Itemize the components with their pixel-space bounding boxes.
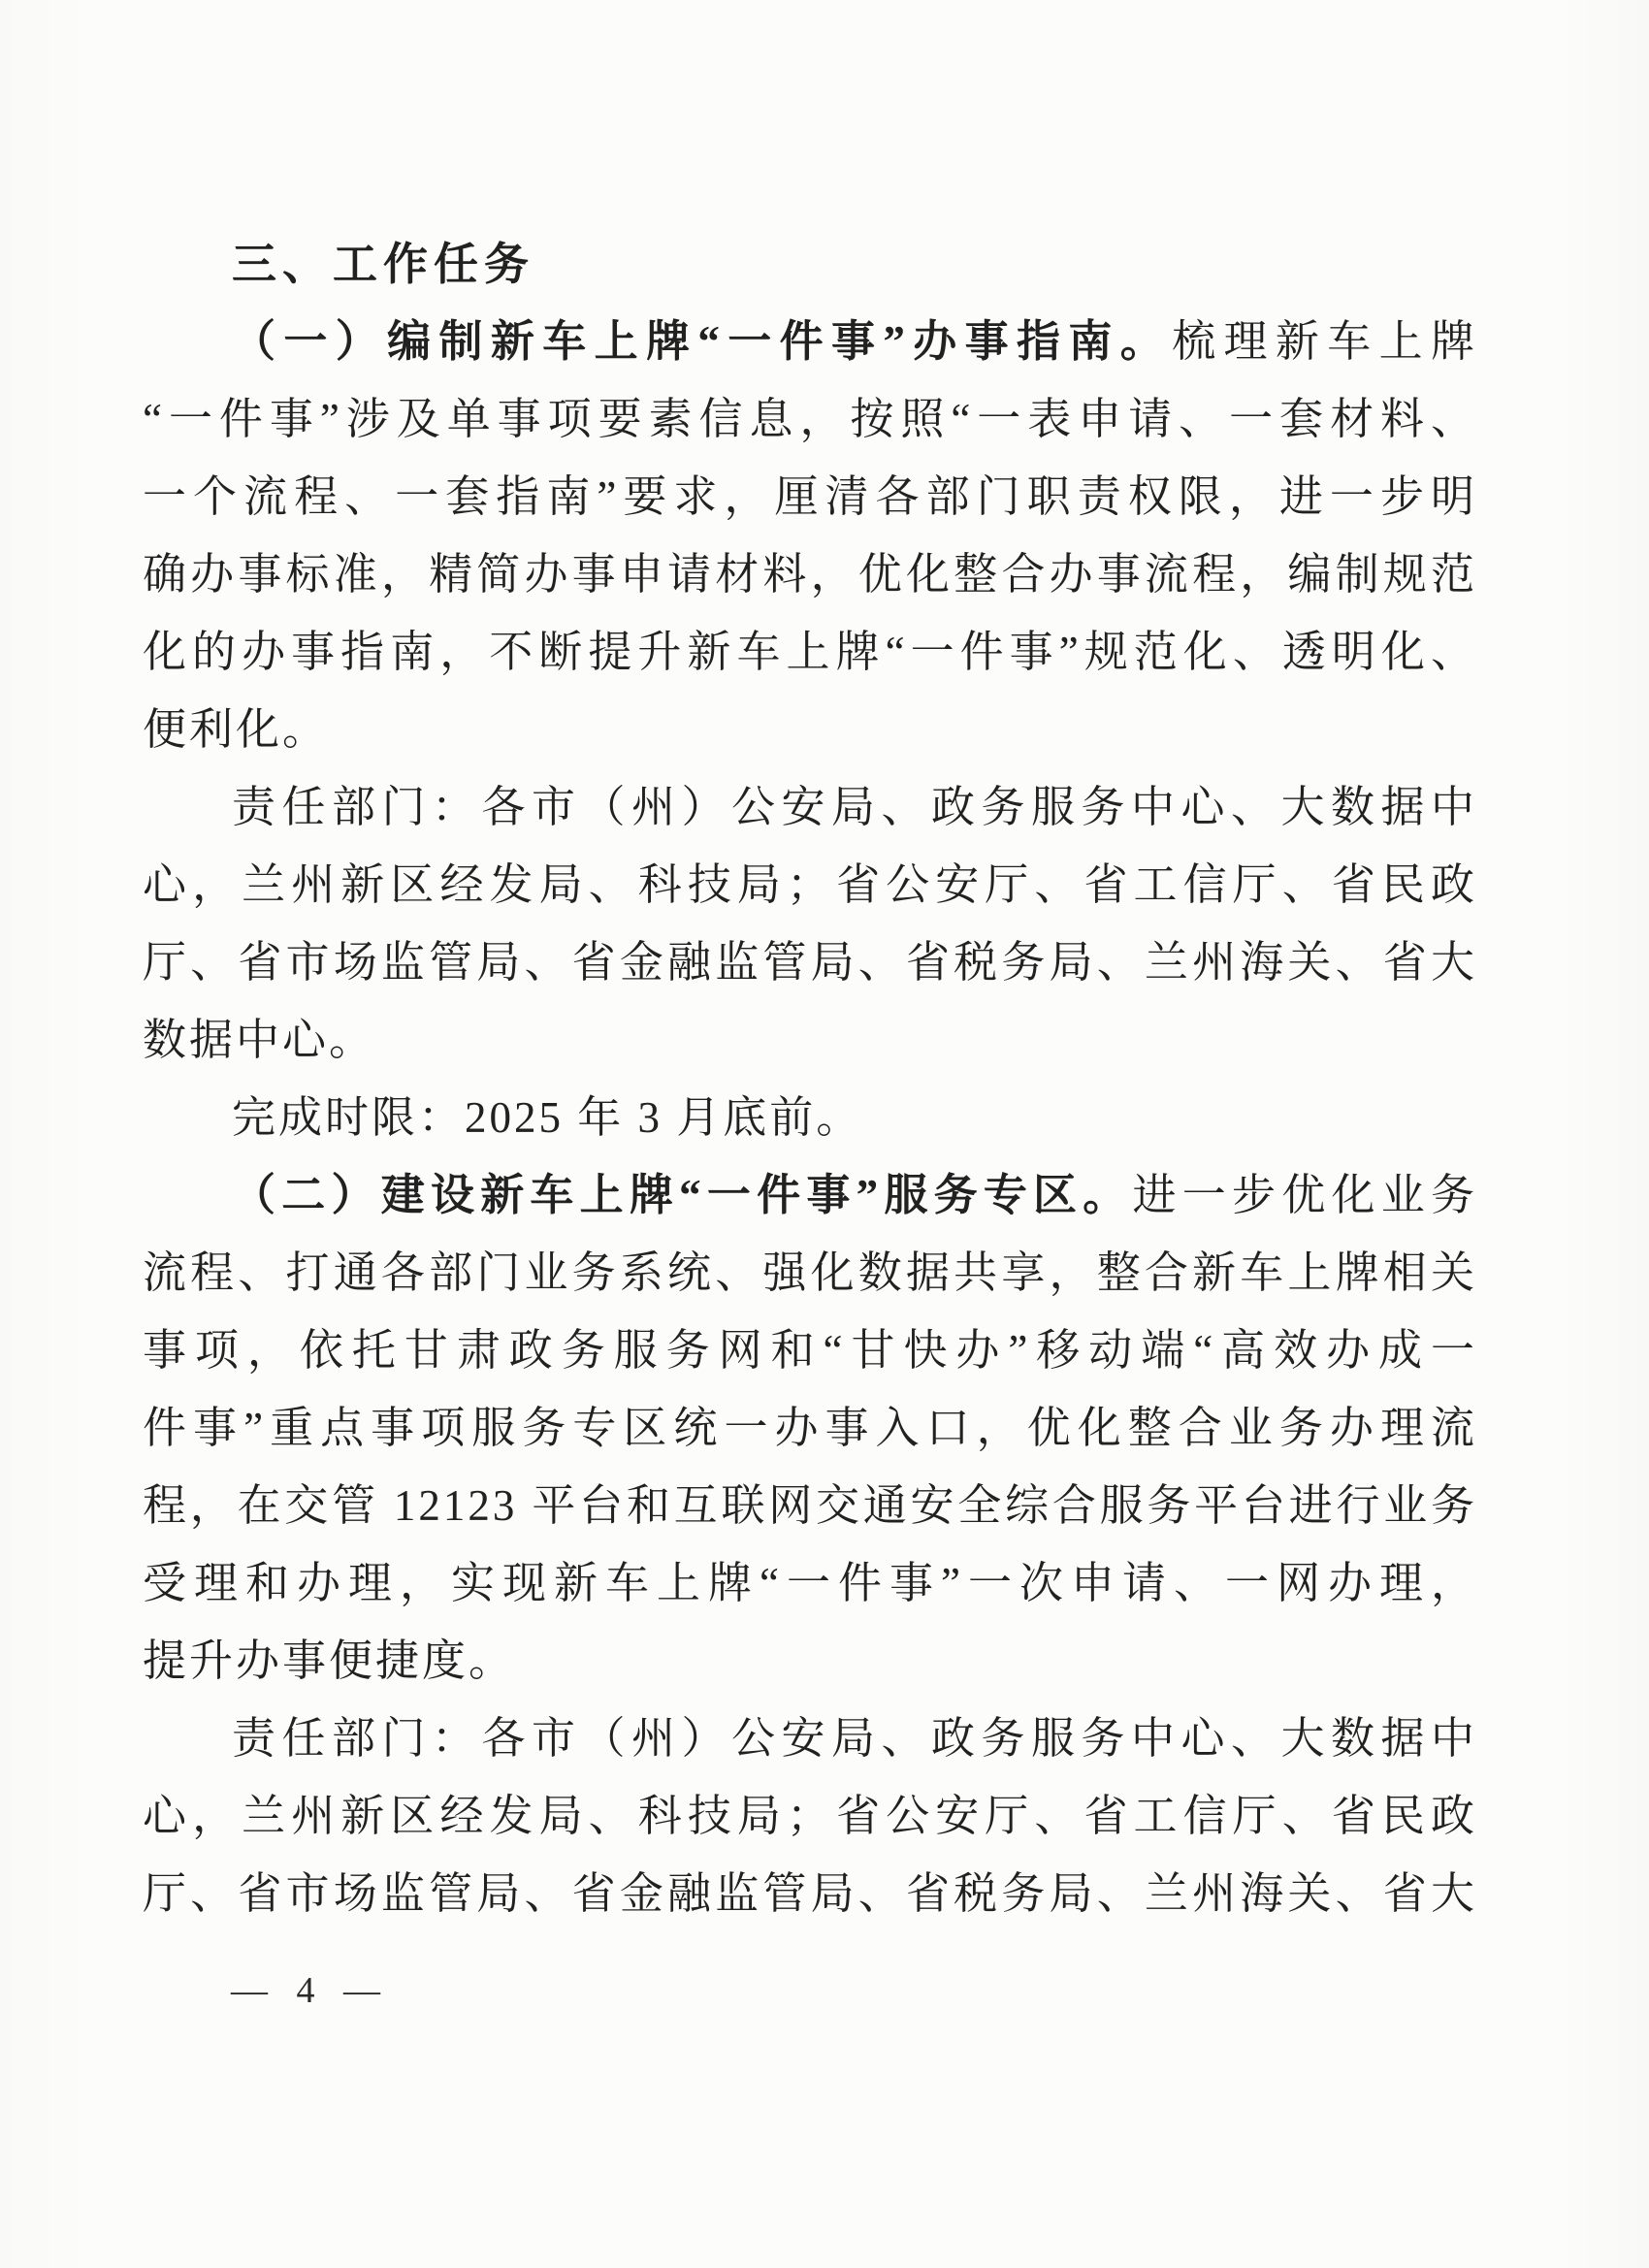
para1-line4: 确办事标准，精简办事申请材料，优化整合办事流程，编制规范 (143, 535, 1477, 613)
para1-line2: “一件事”涉及单事项要素信息，按照“一表申请、一套材料、 (143, 380, 1477, 458)
para1-line6: 便利化。 (143, 691, 1477, 768)
para4-line6: 受理和办理，实现新车上牌“一件事”一次申请、一网办理， (143, 1544, 1477, 1622)
para5-line3: 厅、省市场监管局、省金融监管局、省税务局、兰州海关、省大 (143, 1855, 1477, 1932)
para4-line7: 提升办事便捷度。 (143, 1622, 1477, 1700)
section-heading: 三、工作任务 (143, 225, 1477, 303)
para3-line1: 完成时限：2025 年 3 月底前。 (143, 1079, 1477, 1156)
para2-line3: 厅、省市场监管局、省金融监管局、省税务局、兰州海关、省大 (143, 923, 1477, 1001)
page-number: — 4 — (231, 1969, 390, 2012)
para5-line1: 责任部门：各市（州）公安局、政务服务中心、大数据中 (143, 1700, 1477, 1777)
para1-line1: （一）编制新车上牌“一件事”办事指南。梳理新车上牌 (143, 303, 1477, 380)
para1-lead-bold: （一）编制新车上牌“一件事”办事指南。 (232, 317, 1172, 366)
para1-lead-rest: 梳理新车上牌 (1172, 317, 1477, 366)
para2-line1: 责任部门：各市（州）公安局、政务服务中心、大数据中 (143, 768, 1477, 846)
para4-line2: 流程、打通各部门业务系统、强化数据共享，整合新车上牌相关 (143, 1234, 1477, 1312)
document-page: 三、工作任务 （一）编制新车上牌“一件事”办事指南。梳理新车上牌 “一件事”涉及… (0, 0, 1649, 2268)
document-text-block: 三、工作任务 （一）编制新车上牌“一件事”办事指南。梳理新车上牌 “一件事”涉及… (143, 225, 1477, 1932)
para1-line5: 化的办事指南，不断提升新车上牌“一件事”规范化、透明化、 (143, 613, 1477, 691)
para4-lead-bold: （二）建设新车上牌“一件事”服务专区。 (232, 1171, 1133, 1219)
para4-lead-rest: 进一步优化业务 (1133, 1171, 1477, 1219)
para5-line2: 心，兰州新区经发局、科技局；省公安厅、省工信厅、省民政 (143, 1777, 1477, 1855)
para4-line1: （二）建设新车上牌“一件事”服务专区。进一步优化业务 (143, 1156, 1477, 1234)
para1-line3: 一个流程、一套指南”要求，厘清各部门职责权限，进一步明 (143, 458, 1477, 535)
para4-line3: 事项，依托甘肃政务服务网和“甘快办”移动端“高效办成一 (143, 1312, 1477, 1389)
para2-line4: 数据中心。 (143, 1001, 1477, 1079)
para4-line5: 程，在交管 12123 平台和互联网交通安全综合服务平台进行业务 (143, 1467, 1477, 1544)
para2-line2: 心，兰州新区经发局、科技局；省公安厅、省工信厅、省民政 (143, 846, 1477, 923)
para4-line4: 件事”重点事项服务专区统一办事入口，优化整合业务办理流 (143, 1389, 1477, 1467)
